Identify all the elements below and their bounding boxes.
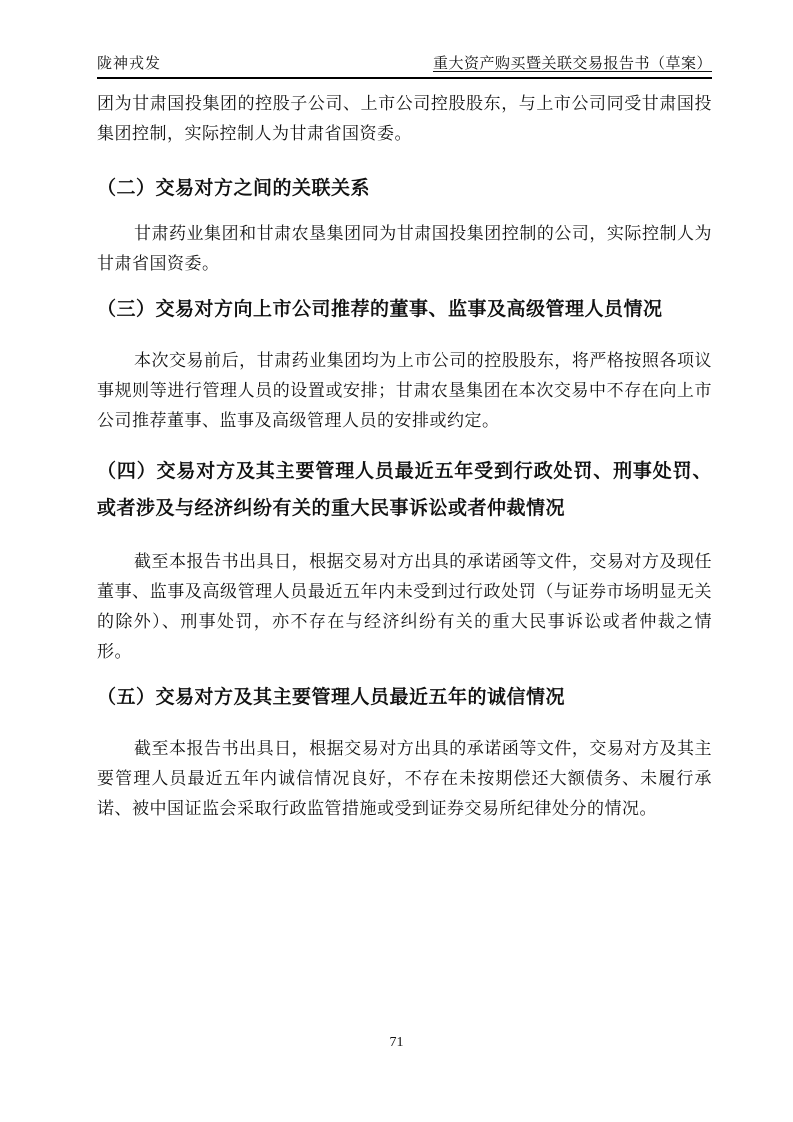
- page-header: 陇神戎发 重大资产购买暨关联交易报告书（草案）: [97, 55, 712, 79]
- section-paragraph: 本次交易前后，甘肃药业集团均为上市公司的控股股东，将严格按照各项议事规则等进行管…: [97, 346, 712, 436]
- document-page: 陇神戎发 重大资产购买暨关联交易报告书（草案） 团为甘肃国投集团的控股子公司、上…: [0, 0, 793, 1122]
- page-number: 71: [390, 1035, 404, 1050]
- page-footer: 71: [0, 1035, 793, 1051]
- section-heading-guanlian-guanxi: （二）交易对方之间的关联关系: [97, 170, 712, 207]
- header-company-name: 陇神戎发: [97, 55, 161, 73]
- section-heading-tuijian-renyuan: （三）交易对方向上市公司推荐的董事、监事及高级管理人员情况: [97, 291, 712, 328]
- intro-paragraph: 团为甘肃国投集团的控股子公司、上市公司控股股东，与上市公司同受甘肃国投集团控制，…: [97, 89, 712, 149]
- section-heading-chengxin-qingkuang: （五）交易对方及其主要管理人员最近五年的诚信情况: [97, 679, 712, 716]
- header-report-title: 重大资产购买暨关联交易报告书（草案）: [433, 55, 712, 73]
- section-paragraph: 截至本报告书出具日，根据交易对方出具的承诺函等文件，交易对方及现任董事、监事及高…: [97, 547, 712, 667]
- section-paragraph: 甘肃药业集团和甘肃农垦集团同为甘肃国投集团控制的公司，实际控制人为甘肃省国资委。: [97, 219, 712, 279]
- section-heading-chufa-susong: （四）交易对方及其主要管理人员最近五年受到行政处罚、刑事处罚、或者涉及与经济纠纷…: [97, 453, 712, 527]
- section-paragraph: 截至本报告书出具日，根据交易对方出具的承诺函等文件，交易对方及其主要管理人员最近…: [97, 734, 712, 824]
- document-body: 团为甘肃国投集团的控股子公司、上市公司控股股东，与上市公司同受甘肃国投集团控制，…: [97, 89, 712, 824]
